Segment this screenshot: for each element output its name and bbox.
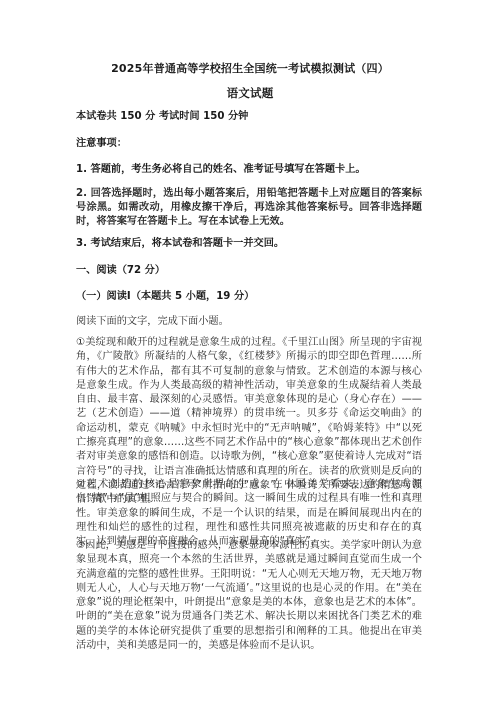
exam-subtitle: 语文试题: [0, 85, 500, 101]
notice-heading: 注意事项：: [76, 137, 422, 150]
section-heading: 一、阅读（72 分）: [76, 264, 422, 277]
reading-instruction: 阅读下面的文字，完成下面小题。: [76, 315, 422, 328]
notice-item-2: 2. 回答选择题时，选出每小题答案后，用铅笔把答题卡上对应题目的答案标号涂黑。如…: [76, 187, 422, 229]
passage-paragraph-3: ③因此，美感是当下直接的感兴，意象显现本源性的真实。美学家叶朗认为意象显现本真，…: [76, 539, 422, 653]
exam-info: 本试卷共 150 分 考试时间 150 分钟: [76, 110, 422, 123]
notice-item-3: 3. 考试结束后，将本试卷和答题卡一并交回。: [76, 237, 422, 250]
exam-title: 2025年普通高等学校招生全国统一考试模拟测试（四）: [0, 60, 500, 76]
exam-page: 2025年普通高等学校招生全国统一考试模拟测试（四） 语文试题 本试卷共 150…: [0, 0, 500, 707]
notice-item-1: 1. 答题前，考生务必将自己的姓名、准考证号填写在答题卡上。: [76, 163, 422, 176]
subsection-heading: （一）阅读Ⅰ（本题共 5 小题，19 分）: [76, 290, 422, 303]
